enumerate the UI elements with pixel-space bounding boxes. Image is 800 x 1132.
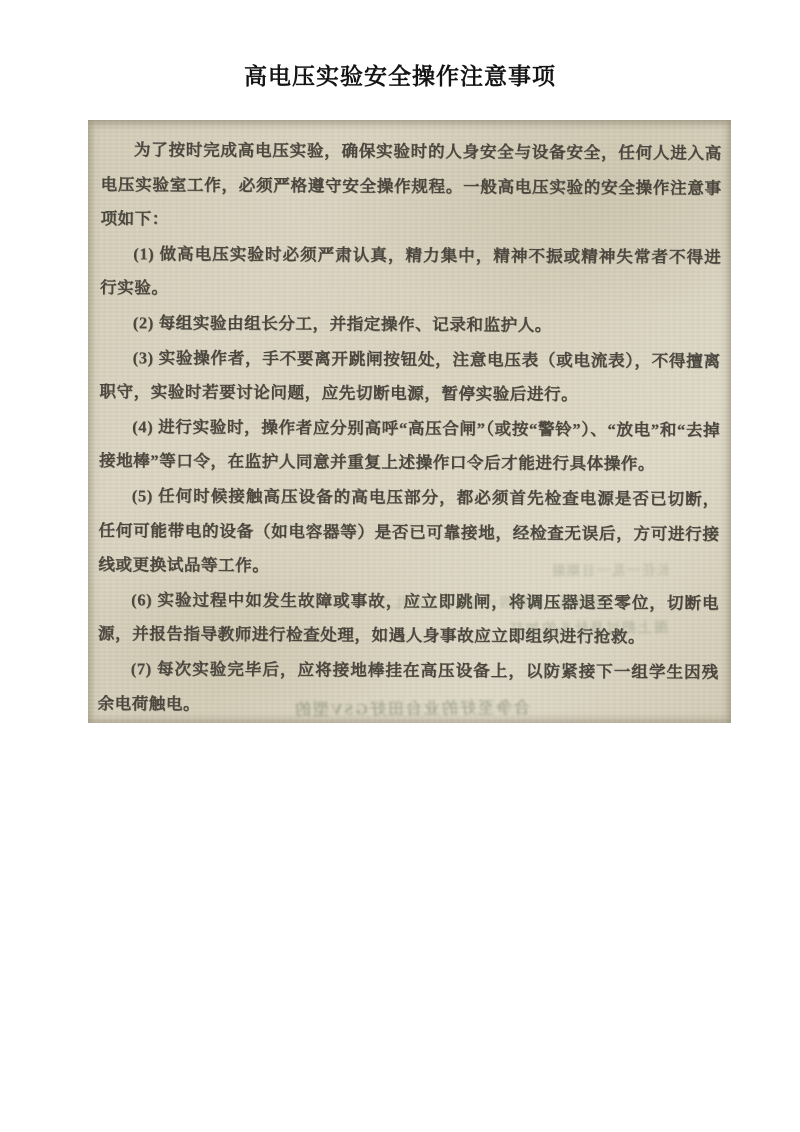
intro-paragraph: 为了按时完成高电压实验，确保实验时的人身安全与设备安全，任何人进入高电压实验室工… (100, 133, 722, 241)
rule-item-4: (4) 进行实验时，操作者应分别高呼“高压合闸”（或按“警铃”）、“放电”和“去… (99, 410, 720, 483)
rule-item-5: (5) 任何时候接触高压设备的高电压部分，都必须首先检查电源是否已切断，任何可能… (98, 479, 720, 587)
rule-item-7: (7) 每次实验完毕后，应将接地棒挂在高压设备上，以防紧接下一组学生因残余电荷触… (97, 652, 718, 723)
scan-text-block: 为了按时完成高电压实验，确保实验时的人身安全与设备安全，任何人进入高电压实验室工… (97, 133, 722, 723)
rule-item-6: (6) 实验过程中如发生故障或事故，应立即跳闸，将调压器退至零位，切断电源，并报… (98, 583, 719, 656)
rule-item-3: (3) 实验操作者，手不要离开跳闸按钮处，注意电压表（或电流表），不得擅离职守，… (99, 341, 720, 414)
page-title: 高电压实验安全操作注意事项 (0, 58, 800, 91)
rule-item-1: (1) 做高电压实验时必须严肃认真，精力集中，精神不振或精神失常者不得进行实验。 (100, 237, 721, 310)
rule-item-2: (2) 每组实验由组长分工，并指定操作、记录和监护人。 (100, 306, 721, 344)
scanned-document-image: 为了按时完成高电压实验，确保实验时的人身安全与设备安全，任何人进入高电压实验室工… (88, 120, 731, 723)
